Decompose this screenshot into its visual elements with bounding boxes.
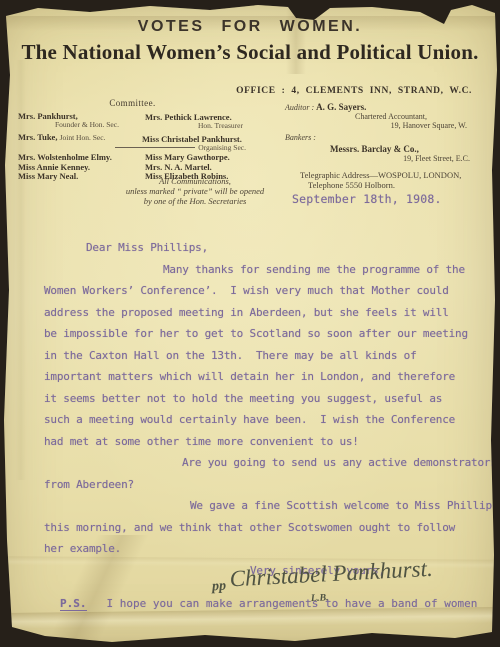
bankers-label: Bankers : — [285, 133, 316, 142]
auditor-label: Auditor : — [285, 103, 314, 112]
body-line: We gave a fine Scottish welcome to Miss … — [190, 495, 489, 517]
committee-role: Organising Sec. — [198, 143, 246, 152]
committee-divider — [115, 147, 195, 148]
note-line: by one of the Hon. Secretaries — [85, 196, 305, 206]
postscript-label: P.S. — [60, 597, 87, 611]
telegraphic-address: Telegraphic Address—WOSPOLU, LONDON, — [300, 170, 461, 180]
salutation: Dear Miss Phillips, — [86, 237, 489, 259]
committee-member: Mrs. Wolstenholme Elmy. — [18, 152, 112, 162]
auditor-description: Chartered Accountant, — [355, 112, 427, 121]
body-line: address the proposed meeting in Aberdeen… — [44, 302, 489, 324]
communications-note: All Communications, unless marked “ priv… — [85, 176, 305, 206]
letter-scan: VOTES FOR WOMEN. The National Women’s So… — [0, 0, 500, 647]
committee-member: Miss Mary Neal. — [18, 171, 78, 181]
committee-member-name: Mrs. Tuke, — [18, 132, 57, 142]
auditor-line: Auditor : A. G. Sayers. — [285, 102, 366, 112]
committee-role: Founder & Hon. Sec. — [55, 120, 119, 129]
auditor-address: 19, Hanover Square, W. — [391, 121, 467, 130]
organisation-title: The National Women’s Social and Politica… — [0, 40, 500, 65]
body-line: important matters which will detain her … — [44, 366, 489, 388]
committee-member: Mrs. Tuke, Joint Hon. Sec. — [18, 132, 105, 142]
body-line: Many thanks for sending me the programme… — [163, 259, 489, 281]
body-line: this morning, and we think that other Sc… — [44, 517, 489, 539]
committee-role: Hon. Treasurer — [198, 121, 243, 130]
body-line: had met at some other time more convenie… — [44, 431, 489, 453]
body-line: such a meeting would certainly have been… — [44, 409, 489, 431]
signature-pp: pp — [212, 579, 227, 596]
committee-heading: Committee. — [15, 98, 250, 108]
office-address: OFFICE : 4, CLEMENTS INN, STRAND, W.C. — [236, 86, 472, 96]
body-line: in the Caxton Hall on the 13th. There ma… — [44, 345, 489, 367]
body-line: Are you going to send us any active demo… — [182, 452, 489, 474]
note-line: unless marked “ private” will be opened — [85, 186, 305, 196]
postscript: P.S.I hope you can make arrangements to … — [60, 597, 477, 610]
body-line: be impossible for her to get to Scotland… — [44, 323, 489, 345]
note-line: All Communications, — [85, 176, 305, 186]
body-line: it seems better not to hold the meeting … — [44, 388, 489, 410]
body-line: Women Workers’ Conference’. I wish very … — [44, 280, 489, 302]
postscript-text: I hope you can make arrangements to have… — [107, 597, 478, 610]
committee-role: Joint Hon. Sec. — [60, 133, 106, 142]
motto-heading: VOTES FOR WOMEN. — [0, 18, 500, 36]
bankers-address: 19, Fleet Street, E.C. — [403, 154, 470, 163]
telephone-number: Telephone 5550 Holborn. — [308, 180, 395, 190]
body-line: from Aberdeen? — [44, 474, 489, 496]
letter-body: Dear Miss Phillips, Many thanks for send… — [44, 237, 489, 581]
committee-member: Miss Mary Gawthorpe. — [145, 152, 230, 162]
committee-block: Committee. Mrs. Pankhurst, Founder & Hon… — [15, 98, 250, 108]
paper-sheet: VOTES FOR WOMEN. The National Women’s So… — [0, 0, 500, 647]
paper-crease — [16, 60, 26, 480]
bankers-name: Messrs. Barclay & Co., — [330, 144, 419, 154]
letter-date: September 18th, 1908. — [292, 192, 442, 206]
auditor-name: A. G. Sayers. — [316, 102, 366, 112]
